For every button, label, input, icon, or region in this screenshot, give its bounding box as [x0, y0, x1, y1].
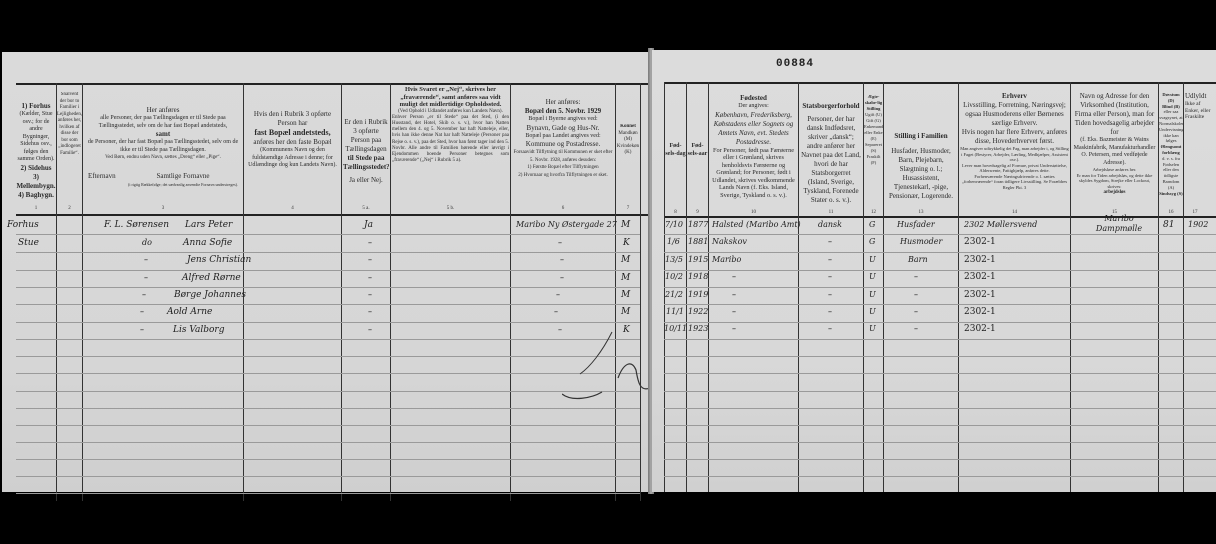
- cell-fornavne-row3: Jens Christian: [187, 255, 251, 265]
- header-col-3: Her anføres alle Personer, der paa Tælli…: [84, 106, 242, 206]
- row-rule: [16, 476, 640, 477]
- cell-fornavne-row5: Børge Johannes: [174, 290, 246, 300]
- cell-col13-row2: Husmoder: [900, 237, 942, 246]
- header-bottom-rule: [16, 214, 649, 216]
- row-rule: [664, 339, 1216, 340]
- cell-col6-row6: –: [554, 307, 558, 316]
- efternavn-label: Efternavn: [88, 172, 116, 190]
- cell-col6-row1: Maribo Ny Østergade 27: [516, 220, 617, 229]
- row-rule: [664, 442, 1216, 443]
- cell-col9-row1: 1877: [688, 220, 708, 229]
- row-rule: [664, 391, 1216, 392]
- cell-col12-row6: U: [869, 307, 876, 316]
- row-rule: [16, 252, 640, 253]
- row-rule: [664, 270, 1216, 271]
- row-rule: [16, 493, 640, 494]
- header-col-17: Udlyldt Ikke af Enker, eller Fraskilte: [1185, 92, 1216, 212]
- row-rule: [664, 476, 1216, 477]
- cell-col8-row7: 10/11: [664, 324, 687, 333]
- row-rule: [16, 322, 640, 323]
- cell-col7-row1: M: [621, 220, 630, 230]
- cell-efternavn-row3: –: [144, 255, 148, 264]
- header-col-14: Erhverv Livsstilling, Forretning, Næring…: [960, 92, 1069, 212]
- cell-col13-row7: –: [914, 324, 918, 333]
- cell-col10-row4: –: [732, 272, 736, 281]
- cell-col7-row3: M: [621, 255, 630, 265]
- row-rule: [16, 270, 640, 271]
- cell-col11-row6: –: [828, 307, 832, 316]
- cell-col12-row7: U: [869, 324, 876, 333]
- row-rule: [664, 459, 1216, 460]
- header-col-15: Navn og Adresse for den Virksomhed (Inst…: [1072, 92, 1157, 212]
- header-top-rule: [16, 83, 649, 85]
- cell-col1-row1: Forhus: [7, 220, 39, 230]
- cell-col12-row5: U: [869, 290, 876, 299]
- row-rule: [16, 391, 640, 392]
- page-number-stamp: 00884: [776, 58, 814, 70]
- cell-col9-row6: 1922: [688, 307, 708, 316]
- cell-col9-row4: 1918: [688, 272, 708, 281]
- header-col-4: Hvis den i Rubrik 3 opførte Person har f…: [245, 110, 340, 208]
- cell-col14-row7: 2302-1: [964, 324, 996, 334]
- col-number: 14: [960, 210, 1069, 215]
- row-rule: [16, 373, 640, 374]
- row-rule: [664, 373, 1216, 374]
- header-top-rule: [664, 82, 1216, 84]
- cell-col14-row5: 2302-1: [964, 290, 996, 300]
- cell-col5a-row3: –: [368, 255, 372, 264]
- col-number: 4: [245, 206, 340, 211]
- cell-col7-row5: M: [621, 290, 630, 300]
- row-rule: [664, 287, 1216, 288]
- col-number: 5 a.: [343, 206, 389, 211]
- cell-efternavn-row7: –: [140, 325, 144, 334]
- cell-col16-row1: 81: [1163, 220, 1174, 230]
- column-divider: [82, 83, 83, 501]
- cell-col13-row3: Barn: [908, 255, 928, 264]
- cell-col8-row6: 11/1: [666, 307, 684, 316]
- col-number: 3: [84, 206, 242, 211]
- cell-col10-row6: –: [732, 307, 736, 316]
- header-col-1: 1) Forhus (Kælder, Stue osv.; for de and…: [16, 102, 56, 210]
- cell-col8-row1: 7/10: [665, 220, 683, 229]
- cell-col1-row2: Stue: [18, 238, 39, 248]
- cell-col17-row1: 1902: [1188, 220, 1208, 229]
- row-rule: [16, 304, 640, 305]
- cell-col10-row7: –: [732, 324, 736, 333]
- cell-col13-row4: –: [914, 272, 918, 281]
- cell-col11-row3: –: [828, 255, 832, 264]
- cell-col10-row1: Halsted (Maribo Amt): [712, 220, 801, 229]
- cell-col7-row2: K: [623, 238, 630, 248]
- row-rule: [16, 459, 640, 460]
- cell-col9-row5: 1919: [688, 290, 708, 299]
- census-left-page: 1) Forhus (Kælder, Stue osv.; for de and…: [2, 52, 649, 492]
- header-col-5b: Hvis Svaret er „Nej“, skrives her „fravæ…: [392, 86, 509, 210]
- cell-col15-row1: Maribo Dampmølle: [1084, 214, 1154, 234]
- row-rule: [664, 304, 1216, 305]
- cell-efternavn-row4: –: [144, 273, 148, 282]
- cell-col13-row6: –: [914, 307, 918, 316]
- cell-col11-row4: –: [828, 272, 832, 281]
- row-rule: [16, 356, 640, 357]
- cell-col11-row5: –: [828, 290, 832, 299]
- cell-col12-row1: G: [869, 220, 875, 229]
- column-divider: [640, 83, 641, 501]
- cell-col9-row2: 1881: [688, 237, 708, 246]
- cell-fornavne-row6: Aold Arne: [167, 307, 212, 317]
- cell-col14-row4: 2302-1: [964, 272, 996, 282]
- row-rule: [16, 442, 640, 443]
- cell-efternavn-row2: do: [142, 238, 152, 247]
- cell-col14-row2: 2302-1: [964, 237, 996, 247]
- cell-col5a-row5: –: [368, 290, 372, 299]
- cell-col5a-row2: –: [368, 238, 372, 247]
- column-divider: [341, 83, 342, 501]
- col-number: 7: [616, 206, 640, 211]
- row-rule: [664, 425, 1216, 426]
- cell-col12-row4: U: [869, 272, 876, 281]
- col-number: 13: [885, 210, 957, 215]
- cell-fornavne-row2: Anna Sofie: [183, 238, 232, 248]
- cell-col5a-row6: –: [368, 307, 372, 316]
- cell-col5a-row1: Ja: [364, 220, 373, 230]
- cell-fornavne-row1: Lars Peter: [185, 220, 232, 230]
- row-rule: [664, 322, 1216, 323]
- cell-col10-row3: Maribo: [712, 255, 741, 264]
- cell-col12-row2: G: [869, 237, 875, 246]
- cell-efternavn-row5: –: [142, 290, 146, 299]
- cell-col14-row6: 2302-1: [964, 307, 996, 317]
- cell-col6-row5: –: [556, 290, 560, 299]
- cell-col13-row5: –: [914, 290, 918, 299]
- row-rule: [664, 408, 1216, 409]
- cell-col12-row3: U: [869, 255, 876, 264]
- col-number: 9: [687, 210, 708, 215]
- cell-col14-row1: 2302 Møllersvend: [964, 220, 1037, 229]
- closing-pen-stroke: [562, 312, 652, 412]
- cell-col6-row2: –: [558, 238, 562, 247]
- header-col-16: Døvstum (D) Blind (B) eller saa svagsyne…: [1159, 92, 1183, 212]
- header-col-6: Her anføres: Bopæl den 5. Novbr. 1929 Bo…: [512, 98, 614, 208]
- row-rule: [664, 252, 1216, 253]
- cell-efternavn-row6: –: [140, 307, 144, 316]
- col-number: 10: [710, 210, 797, 215]
- cell-col9-row7: 1923: [688, 324, 708, 333]
- cell-col8-row4: 10/2: [665, 272, 683, 281]
- cell-col9-row3: 1915: [688, 255, 708, 264]
- header-col-9: Fød-sels-aar: [687, 142, 708, 158]
- col-number: 11: [800, 210, 862, 215]
- col-number: 8: [665, 210, 686, 215]
- fornavne-label: Samtlige Fornavne(i rigtig Rækkefølge; d…: [128, 172, 238, 190]
- header-col-8: Fød-sels-dag: [665, 142, 686, 158]
- col-number: 16: [1159, 210, 1183, 215]
- col-number: 2: [57, 206, 82, 211]
- cell-fornavne-row4: Alfred Rørne: [182, 273, 241, 283]
- col-number: 5 b.: [392, 206, 509, 211]
- cell-col8-row5: 21/2: [665, 290, 683, 299]
- cell-col8-row3: 13/5: [665, 255, 683, 264]
- row-rule: [664, 356, 1216, 357]
- cell-col5a-row4: –: [368, 273, 372, 282]
- cell-col11-row7: –: [828, 324, 832, 333]
- row-rule: [664, 234, 1216, 235]
- row-rule: [16, 234, 640, 235]
- header-col-13: Stilling i Familien Husfader, Husmoder, …: [885, 132, 957, 201]
- col-number: 17: [1185, 210, 1205, 215]
- row-rule: [16, 339, 640, 340]
- cell-col10-row2: Nakskov: [712, 237, 747, 246]
- header-col-2: Snalvent der bor to Familier i Lejlighed…: [57, 92, 82, 202]
- cell-col14-row3: 2302-1: [964, 255, 996, 265]
- column-divider: [510, 83, 511, 501]
- header-col-12: Ægte-skabe-lig Stilling Ugift (U) Gift (…: [864, 94, 883, 212]
- column-divider: [390, 83, 391, 501]
- col-number: 6: [512, 206, 614, 211]
- header-col-5a: Er den i Rubrik 3 opførte Person paa Tæl…: [343, 118, 389, 208]
- cell-col7-row4: M: [621, 273, 630, 283]
- col-number: 1: [16, 206, 56, 211]
- header-col-11: Statsborgerforhold Personer, der har dan…: [800, 102, 862, 210]
- col-number: 12: [864, 210, 883, 215]
- cell-col11-row1: dansk: [818, 220, 842, 229]
- row-rule: [16, 408, 640, 409]
- cell-col8-row2: 1/6: [667, 237, 680, 246]
- header-col-10: Fødested Der angives: København, Frederi…: [710, 94, 797, 212]
- census-right-page: 00884 Fød-sels-dag Fød-sels-aar Fødested…: [652, 50, 1216, 492]
- cell-fornavne-row7: Lis Valborg: [173, 325, 225, 335]
- cell-col6-row4: –: [560, 273, 564, 282]
- cell-col13-row1: Husfader: [897, 220, 935, 229]
- cell-efternavn-row1: F. L. Sørensen: [104, 220, 169, 230]
- row-rule: [16, 425, 640, 426]
- cell-col5a-row7: –: [368, 325, 372, 334]
- cell-col11-row2: –: [828, 237, 832, 246]
- cell-col10-row5: –: [732, 290, 736, 299]
- header-col-7: Konnet Mandkøn (M) Kvindekøn (K): [616, 124, 640, 204]
- row-rule: [16, 287, 640, 288]
- cell-col6-row3: –: [560, 255, 564, 264]
